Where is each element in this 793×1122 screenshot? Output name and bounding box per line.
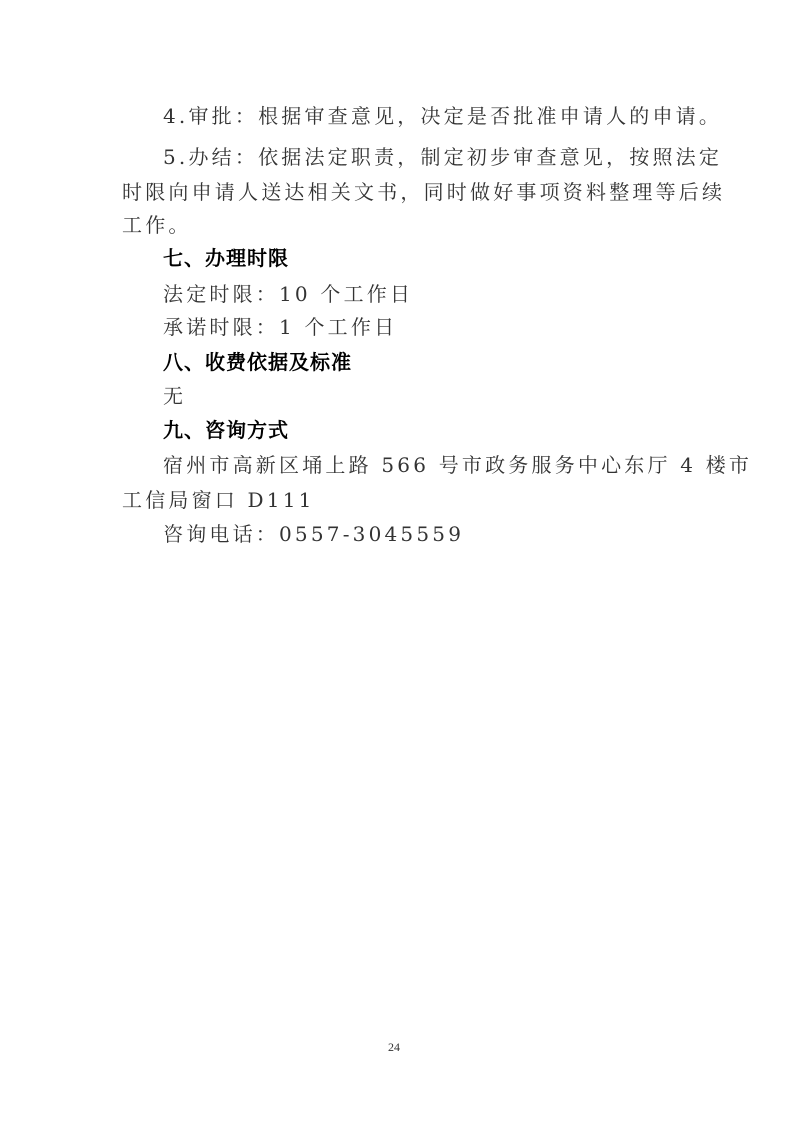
step-5-completion-end: 工作。	[122, 213, 192, 237]
step-5-completion: 5.办结：依据法定职责，制定初步审查意见，按照法定	[163, 145, 722, 169]
statutory-time-limit: 法定时限：10 个工作日	[163, 282, 413, 306]
section-7-heading: 七、办理时限	[163, 246, 289, 270]
promised-time-limit: 承诺时限：1 个工作日	[163, 315, 397, 339]
section-8-heading: 八、收费依据及标准	[163, 350, 352, 374]
document-page: 4.审批：根据审查意见，决定是否批准申请人的申请。 5.办结：依据法定职责，制定…	[0, 0, 793, 1122]
address-line-2: 工信局窗口 D111	[122, 488, 315, 512]
step-4-approval: 4.审批：根据审查意见，决定是否批准申请人的申请。	[163, 104, 722, 128]
section-9-heading: 九、咨询方式	[163, 418, 289, 442]
address-line-1: 宿州市高新区埇上路 566 号市政务服务中心东厅 4 楼市	[163, 453, 752, 477]
fee-content: 无	[163, 384, 186, 408]
consult-phone: 咨询电话：0557-3045559	[163, 522, 464, 546]
page-number: 24	[388, 1040, 400, 1055]
step-5-completion-cont: 时限向申请人送达相关文书，同时做好事项资料整理等后续	[122, 180, 725, 204]
